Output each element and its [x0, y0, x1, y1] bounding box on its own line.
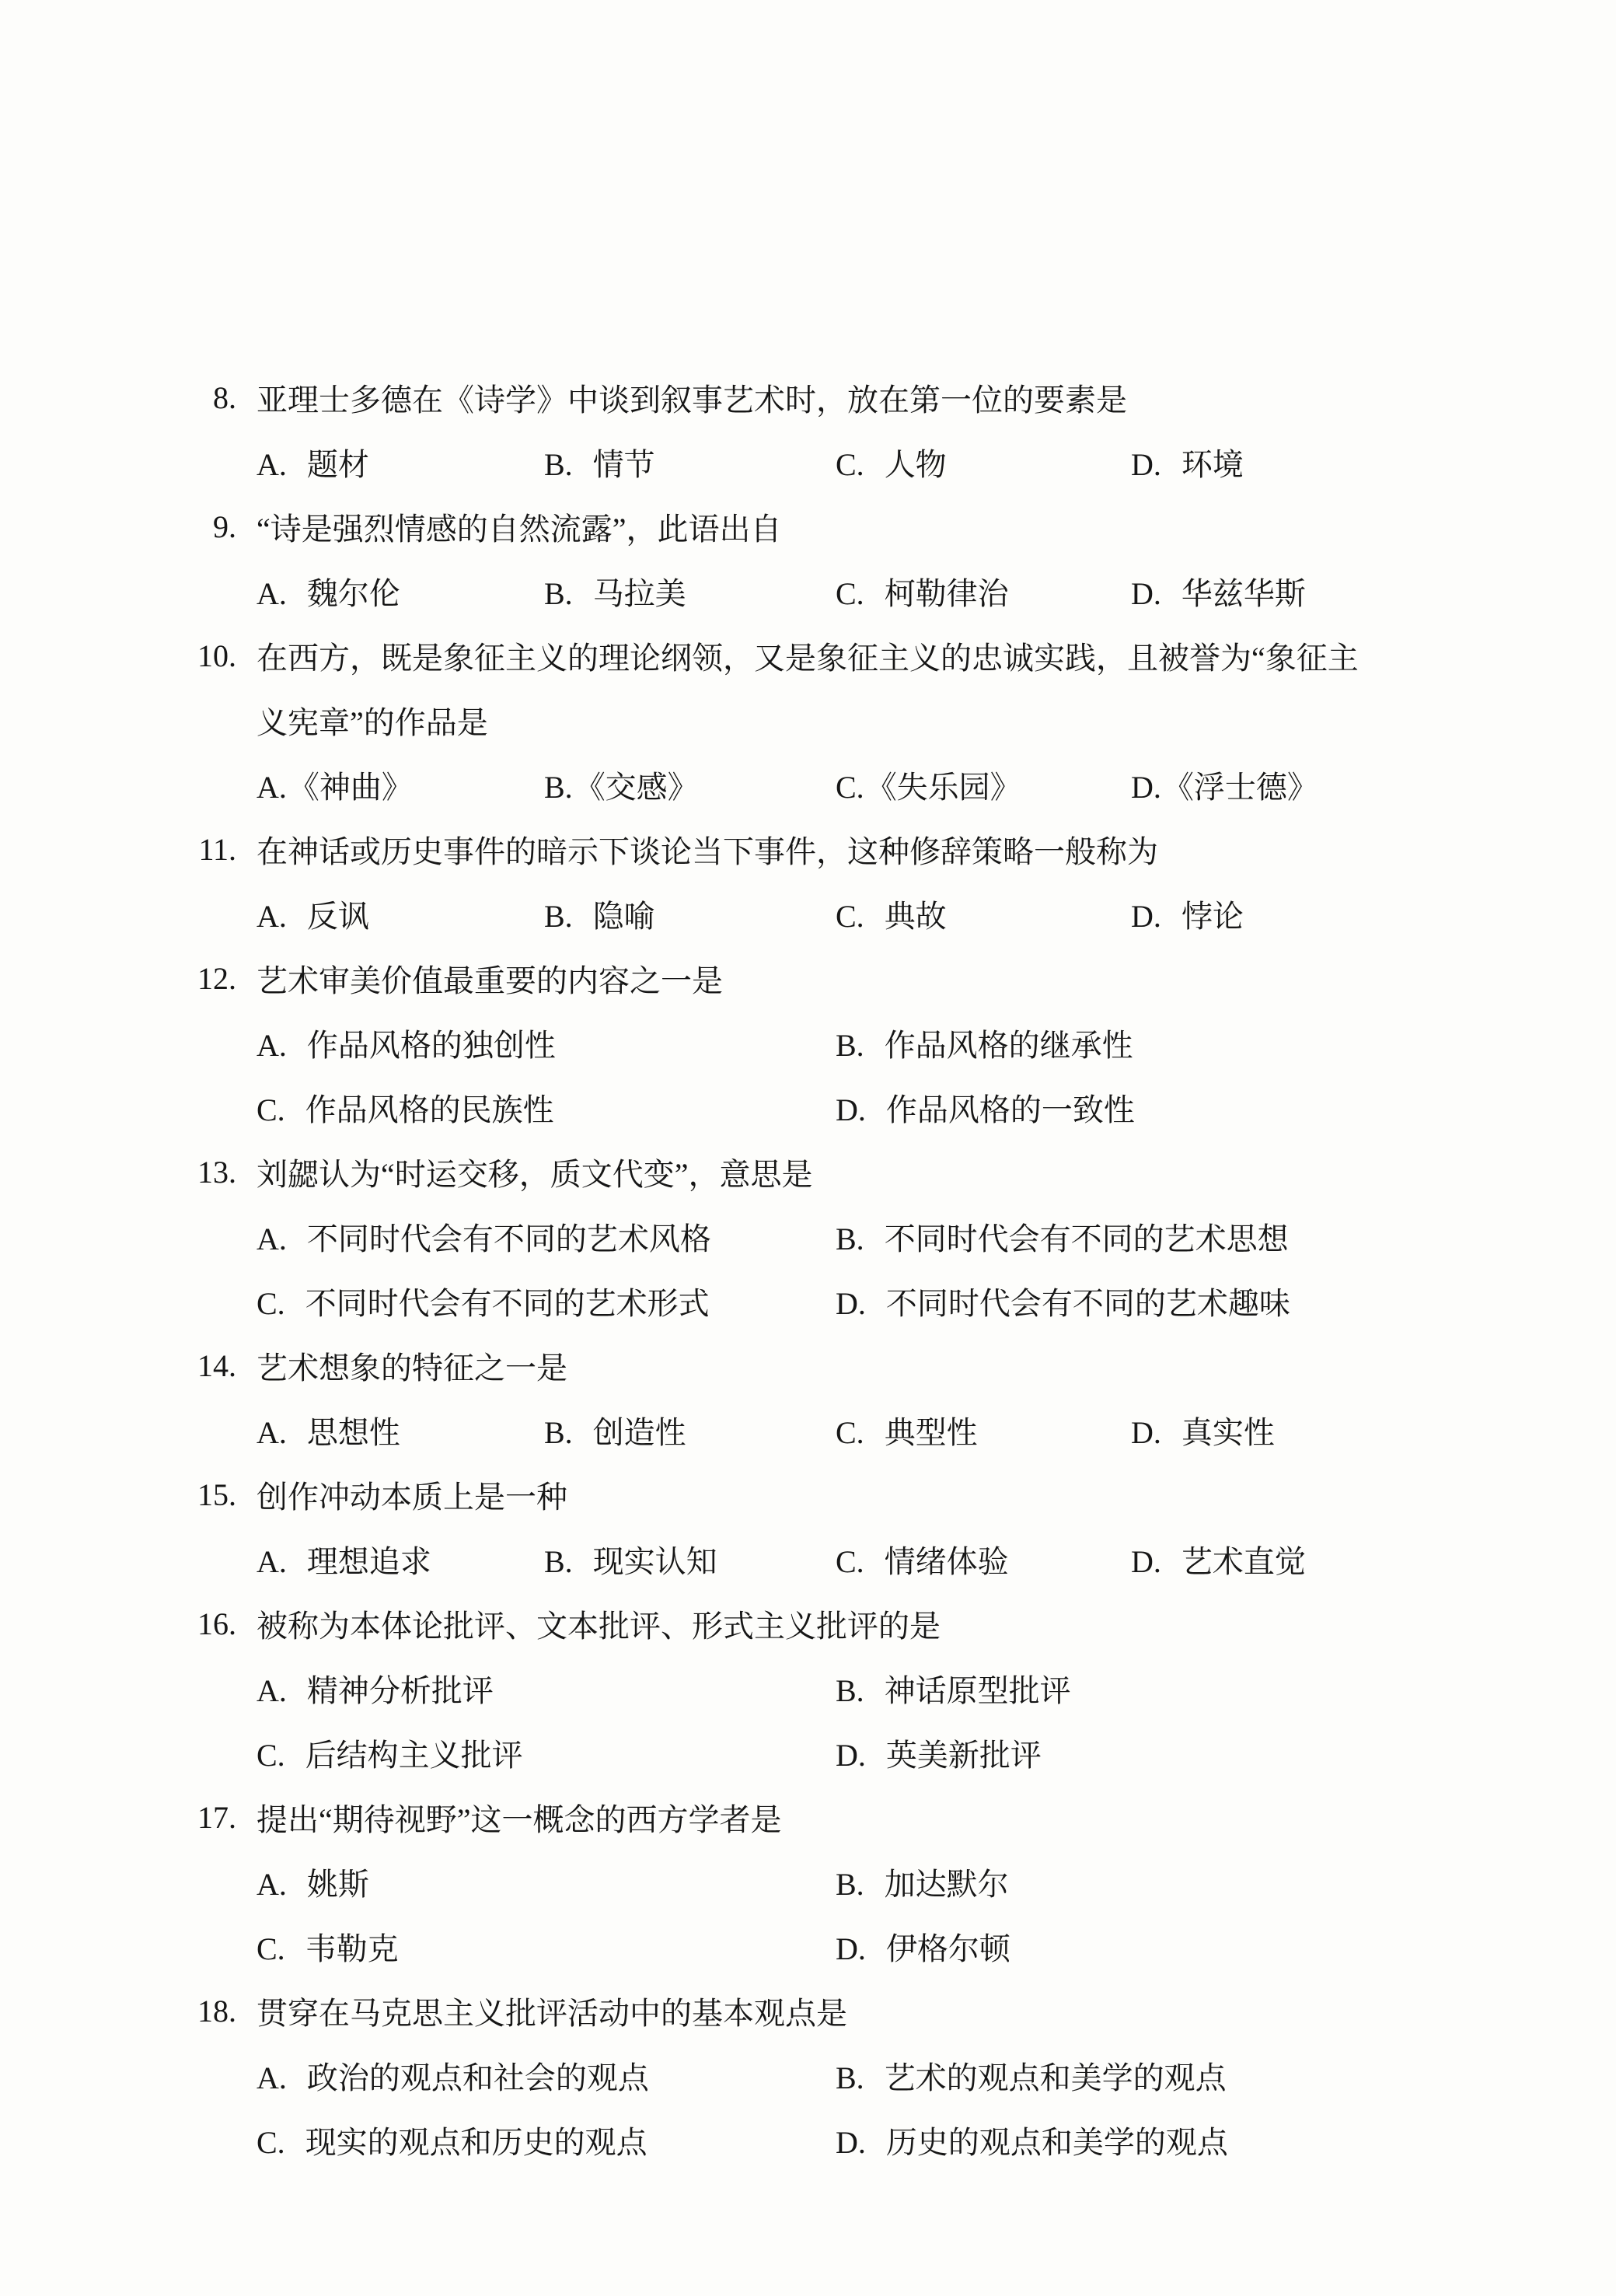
- question-18: 18. 贯穿在马克思主义批评活动中的基本观点是 A.政治的观点和社会的观点 B.…: [0, 1979, 1616, 2172]
- option-text: 悖论: [1181, 892, 1244, 936]
- option-text: 真实性: [1181, 1408, 1275, 1452]
- option-text: 不同时代会有不同的艺术趣味: [886, 1279, 1290, 1323]
- option-label: B.: [544, 769, 573, 806]
- option-label: B.: [836, 1027, 864, 1064]
- option-label: A.: [257, 446, 287, 483]
- option-label: B.: [544, 446, 573, 483]
- option-c: C.情绪体验: [836, 1537, 1131, 1581]
- question-number: 13.: [159, 1154, 236, 1190]
- option-label: D.: [1131, 769, 1161, 806]
- option-label: B.: [544, 1543, 573, 1580]
- question-number: 18.: [159, 1993, 236, 2029]
- option-b: B.神话原型批评: [836, 1666, 1616, 1711]
- option-a: A.姚斯: [257, 1860, 836, 1904]
- option-text: 马拉美: [593, 569, 686, 613]
- option-text: 《失乐园》: [866, 763, 1021, 807]
- option-d: D.艺术直觉: [1131, 1537, 1616, 1581]
- question-10: 10. 在西方，既是象征主义的理论纲领，又是象征主义的忠诚实践，且被誉为“象征主…: [0, 624, 1616, 817]
- option-label: C.: [836, 446, 864, 483]
- option-b: B.隐喻: [544, 892, 836, 936]
- option-label: B.: [544, 575, 573, 612]
- option-c: C.作品风格的民族性: [257, 1085, 836, 1130]
- option-label: C.: [836, 575, 864, 612]
- question-stem: 贯穿在马克思主义批评活动中的基本观点是: [257, 1989, 1616, 2033]
- option-label: B.: [544, 1414, 573, 1451]
- option-text: 加达默尔: [885, 1860, 1009, 1904]
- option-label: B.: [836, 2060, 864, 2096]
- question-16: 16. 被称为本体论批评、文本批评、形式主义批评的是 A.精神分析批评 B.神话…: [0, 1592, 1616, 1785]
- option-c: C.现实的观点和历史的观点: [257, 2118, 836, 2162]
- option-text: 柯勒律治: [885, 569, 1009, 613]
- option-a: A.理想追求: [257, 1537, 544, 1581]
- option-label: C.: [257, 1931, 285, 1967]
- option-text: 韦勒克: [305, 1924, 399, 1969]
- question-11: 11. 在神话或历史事件的暗示下谈论当下事件，这种修辞策略一般称为 A.反讽 B…: [0, 817, 1616, 946]
- question-8: 8. 亚理士多德在《诗学》中谈到叙事艺术时，放在第一位的要素是 A.题材 B.情…: [0, 365, 1616, 494]
- option-text: 《浮士德》: [1163, 763, 1318, 807]
- option-text: 艺术的观点和美学的观点: [885, 2053, 1227, 2098]
- question-12: 12. 艺术审美价值最重要的内容之一是 A.作品风格的独创性 B.作品风格的继承…: [0, 946, 1616, 1140]
- question-stem: 被称为本体论批评、文本批评、形式主义批评的是: [257, 1602, 1616, 1646]
- question-number: 10.: [159, 638, 236, 674]
- option-label: A.: [257, 1414, 287, 1451]
- option-label: A.: [257, 1543, 287, 1580]
- option-text: 英美新批评: [886, 1731, 1042, 1775]
- question-14: 14. 艺术想象的特征之一是 A.思想性 B.创造性 C.典型性 D.真实性: [0, 1333, 1616, 1463]
- option-b: B.作品风格的继承性: [836, 1021, 1616, 1065]
- question-stem-line-1: 在西方，既是象征主义的理论纲领，又是象征主义的忠诚实践，且被誉为“象征主: [257, 634, 1616, 678]
- option-label: A.: [257, 1672, 287, 1709]
- question-stem: 创作冲动本质上是一种: [257, 1473, 1616, 1517]
- option-text: 现实认知: [593, 1537, 717, 1581]
- question-13: 13. 刘勰认为“时运交移，质文代变”，意思是 A.不同时代会有不同的艺术风格 …: [0, 1140, 1616, 1333]
- option-d: D.伊格尔顿: [836, 1924, 1616, 1969]
- question-number: 16.: [159, 1606, 236, 1642]
- option-text: 作品风格的独创性: [307, 1021, 556, 1065]
- option-label: A.: [257, 2060, 287, 2096]
- option-a: A.《神曲》: [257, 763, 544, 807]
- option-label: B.: [544, 898, 573, 935]
- option-label: D.: [836, 1931, 866, 1967]
- option-text: 思想性: [307, 1408, 400, 1452]
- question-stem: 艺术想象的特征之一是: [257, 1344, 1616, 1388]
- option-label: C.: [836, 898, 864, 935]
- question-stem: “诗是强烈情感的自然流露”，此语出自: [257, 505, 1616, 549]
- option-label: D.: [836, 1737, 866, 1774]
- option-a: A.政治的观点和社会的观点: [257, 2053, 836, 2098]
- option-c: C.不同时代会有不同的艺术形式: [257, 1279, 836, 1323]
- question-stem: 亚理士多德在《诗学》中谈到叙事艺术时，放在第一位的要素是: [257, 376, 1616, 420]
- option-text: 《交感》: [574, 763, 699, 807]
- option-b: B.《交感》: [544, 763, 836, 807]
- question-number: 15.: [159, 1476, 236, 1513]
- question-number: 17.: [159, 1799, 236, 1836]
- option-text: 作品风格的民族性: [305, 1085, 554, 1130]
- option-text: 作品风格的一致性: [886, 1085, 1135, 1130]
- option-c: C.人物: [836, 440, 1131, 484]
- option-text: 姚斯: [307, 1860, 369, 1904]
- option-label: A.: [257, 769, 287, 806]
- option-text: 环境: [1181, 440, 1244, 484]
- option-text: 华兹华斯: [1181, 569, 1306, 613]
- option-text: 后结构主义批评: [305, 1731, 523, 1775]
- option-label: A.: [257, 1027, 287, 1064]
- option-d: D.英美新批评: [836, 1731, 1616, 1775]
- question-stem-line-2: 义宪章”的作品是: [257, 698, 1616, 743]
- option-b: B.不同时代会有不同的艺术思想: [836, 1214, 1616, 1259]
- option-a: A.题材: [257, 440, 544, 484]
- question-15: 15. 创作冲动本质上是一种 A.理想追求 B.现实认知 C.情绪体验 D.艺术…: [0, 1463, 1616, 1592]
- option-b: B.创造性: [544, 1408, 836, 1452]
- option-b: B.情节: [544, 440, 836, 484]
- option-text: 理想追求: [307, 1537, 431, 1581]
- question-9: 9. “诗是强烈情感的自然流露”，此语出自 A.魏尔伦 B.马拉美 C.柯勒律治…: [0, 494, 1616, 624]
- option-d: D.环境: [1131, 440, 1616, 484]
- question-number: 11.: [159, 831, 236, 868]
- option-d: D.华兹华斯: [1131, 569, 1616, 613]
- option-label: B.: [836, 1672, 864, 1709]
- option-text: 隐喻: [593, 892, 655, 936]
- option-text: 不同时代会有不同的艺术思想: [885, 1214, 1289, 1259]
- option-c: C.韦勒克: [257, 1924, 836, 1969]
- question-sheet: 8. 亚理士多德在《诗学》中谈到叙事艺术时，放在第一位的要素是 A.题材 B.情…: [0, 0, 1616, 2172]
- option-text: 艺术直觉: [1181, 1537, 1306, 1581]
- option-text: 不同时代会有不同的艺术风格: [307, 1214, 711, 1259]
- option-b: B.马拉美: [544, 569, 836, 613]
- option-a: A.魏尔伦: [257, 569, 544, 613]
- question-number: 9.: [159, 508, 236, 545]
- option-text: 伊格尔顿: [886, 1924, 1010, 1969]
- option-text: 人物: [885, 440, 947, 484]
- option-label: D.: [1131, 446, 1161, 483]
- option-label: D.: [836, 1285, 866, 1322]
- option-text: 精神分析批评: [307, 1666, 494, 1711]
- question-number: 14.: [159, 1347, 236, 1384]
- option-b: B.现实认知: [544, 1537, 836, 1581]
- option-c: C.后结构主义批评: [257, 1731, 836, 1775]
- option-text: 魏尔伦: [307, 569, 400, 613]
- option-a: A.作品风格的独创性: [257, 1021, 836, 1065]
- question-stem: 提出“期待视野”这一概念的西方学者是: [257, 1795, 1616, 1840]
- option-label: C.: [836, 1543, 864, 1580]
- option-text: 典故: [885, 892, 947, 936]
- option-a: A.精神分析批评: [257, 1666, 836, 1711]
- option-text: 创造性: [593, 1408, 686, 1452]
- option-label: C.: [257, 2124, 285, 2161]
- option-label: D.: [1131, 1414, 1161, 1451]
- option-label: B.: [836, 1221, 864, 1257]
- option-label: D.: [836, 2124, 866, 2161]
- option-d: D.悖论: [1131, 892, 1616, 936]
- option-label: A.: [257, 1866, 287, 1903]
- option-label: A.: [257, 1221, 287, 1257]
- option-label: C.: [257, 1737, 285, 1774]
- option-text: 作品风格的继承性: [885, 1021, 1133, 1065]
- option-label: D.: [836, 1092, 866, 1128]
- option-a: A.不同时代会有不同的艺术风格: [257, 1214, 836, 1259]
- option-text: 典型性: [885, 1408, 978, 1452]
- option-text: 反讽: [307, 892, 369, 936]
- option-d: D.不同时代会有不同的艺术趣味: [836, 1279, 1616, 1323]
- option-a: A.思想性: [257, 1408, 544, 1452]
- option-text: 《神曲》: [288, 763, 413, 807]
- question-number: 8.: [159, 379, 236, 416]
- option-text: 题材: [307, 440, 369, 484]
- option-d: D.作品风格的一致性: [836, 1085, 1616, 1130]
- option-text: 情节: [593, 440, 655, 484]
- option-label: D.: [1131, 1543, 1161, 1580]
- option-label: B.: [836, 1866, 864, 1903]
- option-d: D.《浮士德》: [1131, 763, 1616, 807]
- option-text: 不同时代会有不同的艺术形式: [305, 1279, 710, 1323]
- option-label: A.: [257, 898, 287, 935]
- option-a: A.反讽: [257, 892, 544, 936]
- option-d: D.真实性: [1131, 1408, 1616, 1452]
- option-c: C.《失乐园》: [836, 763, 1131, 807]
- option-d: D.历史的观点和美学的观点: [836, 2118, 1616, 2162]
- question-number: 12.: [159, 960, 236, 997]
- option-label: C.: [836, 1414, 864, 1451]
- option-label: A.: [257, 575, 287, 612]
- option-b: B.艺术的观点和美学的观点: [836, 2053, 1616, 2098]
- question-stem: 刘勰认为“时运交移，质文代变”，意思是: [257, 1150, 1616, 1194]
- option-b: B.加达默尔: [836, 1860, 1616, 1904]
- option-label: C.: [836, 769, 864, 806]
- option-text: 情绪体验: [885, 1537, 1009, 1581]
- option-text: 神话原型批评: [885, 1666, 1071, 1711]
- option-c: C.典故: [836, 892, 1131, 936]
- option-label: C.: [257, 1285, 285, 1322]
- question-stem: 在神话或历史事件的暗示下谈论当下事件，这种修辞策略一般称为: [257, 827, 1616, 872]
- option-text: 历史的观点和美学的观点: [886, 2118, 1228, 2162]
- option-label: C.: [257, 1092, 285, 1128]
- question-17: 17. 提出“期待视野”这一概念的西方学者是 A.姚斯 B.加达默尔 C.韦勒克…: [0, 1785, 1616, 1979]
- option-c: C.柯勒律治: [836, 569, 1131, 613]
- option-text: 政治的观点和社会的观点: [307, 2053, 649, 2098]
- option-text: 现实的观点和历史的观点: [305, 2118, 647, 2162]
- exam-scan-page: 8. 亚理士多德在《诗学》中谈到叙事艺术时，放在第一位的要素是 A.题材 B.情…: [0, 0, 1616, 2296]
- option-label: D.: [1131, 575, 1161, 612]
- option-label: D.: [1131, 898, 1161, 935]
- option-c: C.典型性: [836, 1408, 1131, 1452]
- question-stem: 艺术审美价值最重要的内容之一是: [257, 956, 1616, 1001]
